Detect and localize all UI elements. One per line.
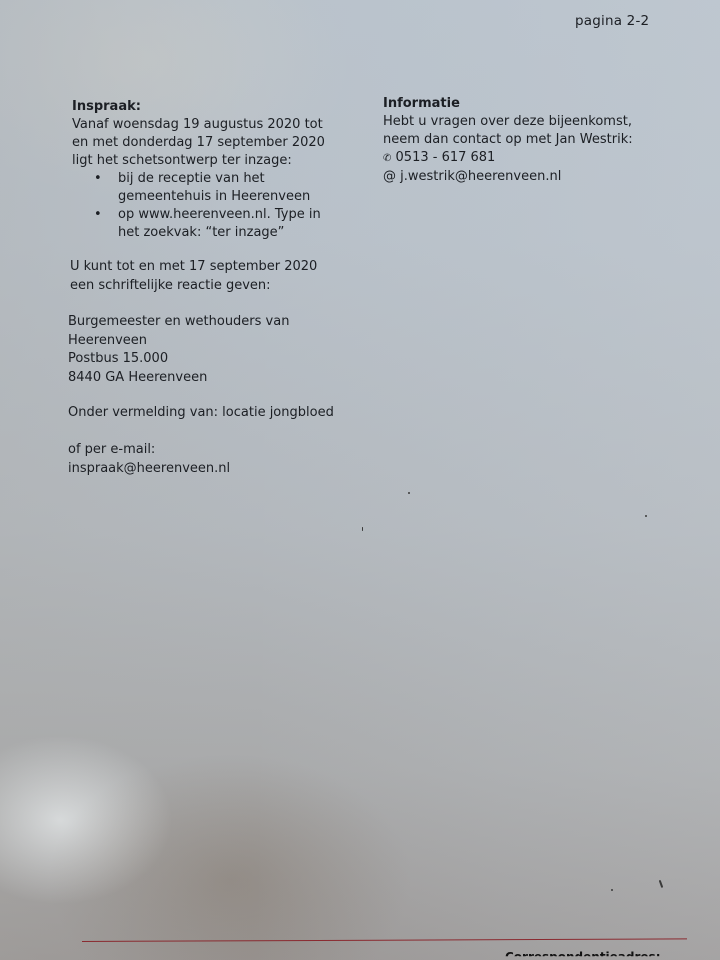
bullet-line: bij de receptie van het (118, 170, 362, 188)
reactie-section: U kunt tot en met 17 september 2020 een … (70, 258, 370, 295)
inspraak-bullet-list: • bij de receptie van het gemeentehuis i… (72, 170, 362, 242)
paper-speck (408, 492, 410, 494)
bullet-item-receptie: • bij de receptie van het gemeentehuis i… (72, 170, 362, 206)
inspraak-line: ligt het schetsontwerp ter inzage: (72, 152, 362, 170)
email-label: of per e-mail: (68, 441, 368, 460)
paper-speck (659, 880, 663, 888)
westrik-email-link[interactable]: j.westrik@heerenveen.nl (400, 169, 561, 184)
bullet-icon: • (94, 170, 102, 188)
inspraak-line: Vanaf woensdag 19 augustus 2020 tot (72, 116, 362, 134)
vermelding-section: Onder vermelding van: locatie jongbloed (68, 404, 368, 423)
page-number: pagina 2-2 (575, 13, 649, 29)
email-section: of per e-mail: inspraak@heerenveen.nl (68, 441, 368, 478)
address-line: Heerenveen (68, 332, 368, 351)
vermelding-text: Onder vermelding van: locatie jongbloed (68, 404, 368, 423)
informatie-line: neem dan contact op met Jan Westrik: (383, 131, 673, 149)
reactie-line: een schriftelijke reactie geven: (70, 277, 370, 296)
postal-address: Burgemeester en wethouders van Heerenvee… (68, 313, 368, 387)
bullet-line: het zoekvak: “ter inzage” (118, 224, 362, 242)
bullet-line: gemeentehuis in Heerenveen (118, 188, 362, 206)
inspraak-email-link[interactable]: inspraak@heerenveen.nl (68, 460, 368, 479)
footer-correspondence-label: Correspondentieadres: (505, 950, 661, 960)
phone-icon: ✆ (383, 153, 391, 164)
informatie-section: Informatie Hebt u vragen over deze bijee… (383, 95, 673, 186)
address-line: Burgemeester en wethouders van (68, 313, 368, 332)
paper-speck (362, 527, 363, 531)
inspraak-heading: Inspraak: (72, 98, 362, 116)
address-line: 8440 GA Heerenveen (68, 369, 368, 388)
phone-number[interactable]: 0513 - 617 681 (396, 150, 496, 165)
inspraak-section: Inspraak: Vanaf woensdag 19 augustus 202… (72, 98, 362, 242)
address-line: Postbus 15.000 (68, 350, 368, 369)
bullet-item-website: • op www.heerenveen.nl. Type in het zoek… (72, 206, 362, 242)
phone-row: ✆ 0513 - 617 681 (383, 149, 673, 168)
informatie-heading: Informatie (383, 95, 673, 113)
informatie-line: Hebt u vragen over deze bijeenkomst, (383, 113, 673, 131)
reactie-line: U kunt tot en met 17 september 2020 (70, 258, 370, 277)
bullet-icon: • (94, 206, 102, 224)
at-icon: @ (383, 169, 396, 184)
bullet-line: op www.heerenveen.nl. Type in (118, 206, 362, 224)
email-row: @ j.westrik@heerenveen.nl (383, 168, 673, 186)
footer-divider (82, 938, 687, 942)
inspraak-line: en met donderdag 17 september 2020 (72, 134, 362, 152)
paper-speck (645, 515, 647, 517)
paper-speck (611, 889, 613, 891)
